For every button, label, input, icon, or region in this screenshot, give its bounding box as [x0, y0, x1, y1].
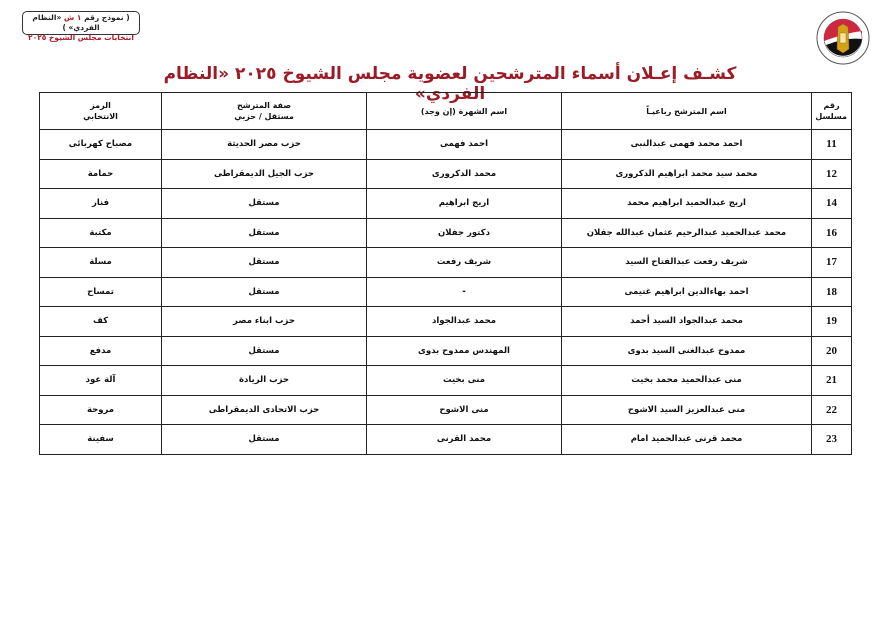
cell-fame-name: - [367, 277, 562, 307]
header-serial-line1: رقم [816, 100, 847, 111]
cell-status: مستقل [162, 189, 367, 219]
cell-name: محمد عبدالجواد السيد أحمد [562, 307, 812, 337]
cell-name: احمد بهاءالدين ابراهيم غنيمى [562, 277, 812, 307]
cell-status: حزب ابناء مصر [162, 307, 367, 337]
cell-fame-name: محمد الدكرورى [367, 159, 562, 189]
cell-name: محمد عبدالحميد عبدالرحيم عثمان عبدالله ج… [562, 218, 812, 248]
cell-symbol: تمساح [40, 277, 162, 307]
form-label: ( نموذج رقم [81, 13, 129, 22]
cell-status: حزب الريادة [162, 366, 367, 396]
candidates-table: رقممسلسل اسم المترشح رباعيـاً اسم الشهرة… [39, 92, 852, 455]
cell-name: ممدوح عبدالغنى السيد بدوى [562, 336, 812, 366]
cell-fame-name: منى بخيت [367, 366, 562, 396]
header-name: اسم المترشح رباعيـاً [562, 93, 812, 130]
table-row: 16 محمد عبدالحميد عبدالرحيم عثمان عبدالل… [40, 218, 852, 248]
cell-serial: 21 [812, 366, 852, 396]
table-row: 22 منى عبدالعزيز السيد الاشوح منى الاشوح… [40, 395, 852, 425]
cell-fame-name: محمد القرنى [367, 425, 562, 455]
cell-status: مستقل [162, 425, 367, 455]
table-row: 19 محمد عبدالجواد السيد أحمد محمد عبدالج… [40, 307, 852, 337]
form-number-box: ( نموذج رقم ١ ش «النظام الفردي» ) انتخاب… [22, 11, 140, 35]
cell-fame-name: محمد عبدالجواد [367, 307, 562, 337]
cell-fame-name: المهندس ممدوح بدوى [367, 336, 562, 366]
table-header-row: رقممسلسل اسم المترشح رباعيـاً اسم الشهرة… [40, 93, 852, 130]
header-status: صفة المترشحمستقل / حزبي [162, 93, 367, 130]
cell-status: مستقل [162, 248, 367, 278]
eagle-emblem-icon [816, 11, 870, 65]
cell-name: منى عبدالعزيز السيد الاشوح [562, 395, 812, 425]
header-serial-line2: مسلسل [816, 111, 847, 122]
cell-symbol: فنار [40, 189, 162, 219]
table-row: 12 محمد سيد محمد ابراهيم الدكرورى محمد ا… [40, 159, 852, 189]
table-row: 18 احمد بهاءالدين ابراهيم غنيمى - مستقل … [40, 277, 852, 307]
table-row: 14 اريج عبدالحميد ابراهيم محمد اريج ابرا… [40, 189, 852, 219]
cell-symbol: مروحة [40, 395, 162, 425]
cell-fame-name: منى الاشوح [367, 395, 562, 425]
table-row: 11 احمد محمد فهمى عبدالنبى احمد فهمى حزب… [40, 130, 852, 160]
header-symbol-line1: الرمز [44, 100, 157, 111]
header-serial: رقممسلسل [812, 93, 852, 130]
cell-fame-name: دكتور جفلان [367, 218, 562, 248]
header-symbol-line2: الانتخابي [44, 111, 157, 122]
cell-serial: 17 [812, 248, 852, 278]
cell-status: حزب مصر الحديثة [162, 130, 367, 160]
cell-fame-name: احمد فهمى [367, 130, 562, 160]
cell-fame-name: شريف رفعت [367, 248, 562, 278]
cell-symbol: مكتبة [40, 218, 162, 248]
election-name: انتخابات مجلس الشيوخ ٢٠٢٥ [23, 33, 139, 43]
cell-name: محمد قرنى عبدالحميد امام [562, 425, 812, 455]
table-row: 20 ممدوح عبدالغنى السيد بدوى المهندس ممد… [40, 336, 852, 366]
table-row: 17 شريف رفعت عبدالفتاح السيد شريف رفعت م… [40, 248, 852, 278]
cell-serial: 18 [812, 277, 852, 307]
cell-symbol: آلة عود [40, 366, 162, 396]
cell-serial: 20 [812, 336, 852, 366]
header-fame-name: اسم الشهرة (إن وجد) [367, 93, 562, 130]
form-number-line: ( نموذج رقم ١ ش «النظام الفردي» ) [23, 13, 139, 33]
cell-status: مستقل [162, 277, 367, 307]
cell-status: مستقل [162, 218, 367, 248]
cell-serial: 11 [812, 130, 852, 160]
cell-symbol: مصباح كهربائى [40, 130, 162, 160]
cell-symbol: مدفع [40, 336, 162, 366]
cell-serial: 23 [812, 425, 852, 455]
cell-symbol: حمامة [40, 159, 162, 189]
cell-serial: 12 [812, 159, 852, 189]
form-code: ش [61, 13, 77, 22]
header-status-line2: مستقل / حزبي [166, 111, 362, 122]
header-symbol: الرمزالانتخابي [40, 93, 162, 130]
header-status-line1: صفة المترشح [166, 100, 362, 111]
cell-serial: 22 [812, 395, 852, 425]
cell-name: محمد سيد محمد ابراهيم الدكرورى [562, 159, 812, 189]
table-row: 21 منى عبدالحميد محمد بخيت منى بخيت حزب … [40, 366, 852, 396]
cell-status: حزب الاتحادى الديمقراطى [162, 395, 367, 425]
cell-name: احمد محمد فهمى عبدالنبى [562, 130, 812, 160]
cell-symbol: مسلة [40, 248, 162, 278]
cell-symbol: كف [40, 307, 162, 337]
cell-serial: 14 [812, 189, 852, 219]
emblem-logo [816, 11, 870, 65]
cell-name: شريف رفعت عبدالفتاح السيد [562, 248, 812, 278]
cell-status: حزب الجيل الديمقراطى [162, 159, 367, 189]
table-row: 23 محمد قرنى عبدالحميد امام محمد القرنى … [40, 425, 852, 455]
cell-fame-name: اريج ابراهيم [367, 189, 562, 219]
cell-name: منى عبدالحميد محمد بخيت [562, 366, 812, 396]
cell-name: اريج عبدالحميد ابراهيم محمد [562, 189, 812, 219]
cell-status: مستقل [162, 336, 367, 366]
cell-serial: 19 [812, 307, 852, 337]
cell-serial: 16 [812, 218, 852, 248]
cell-symbol: سفينة [40, 425, 162, 455]
